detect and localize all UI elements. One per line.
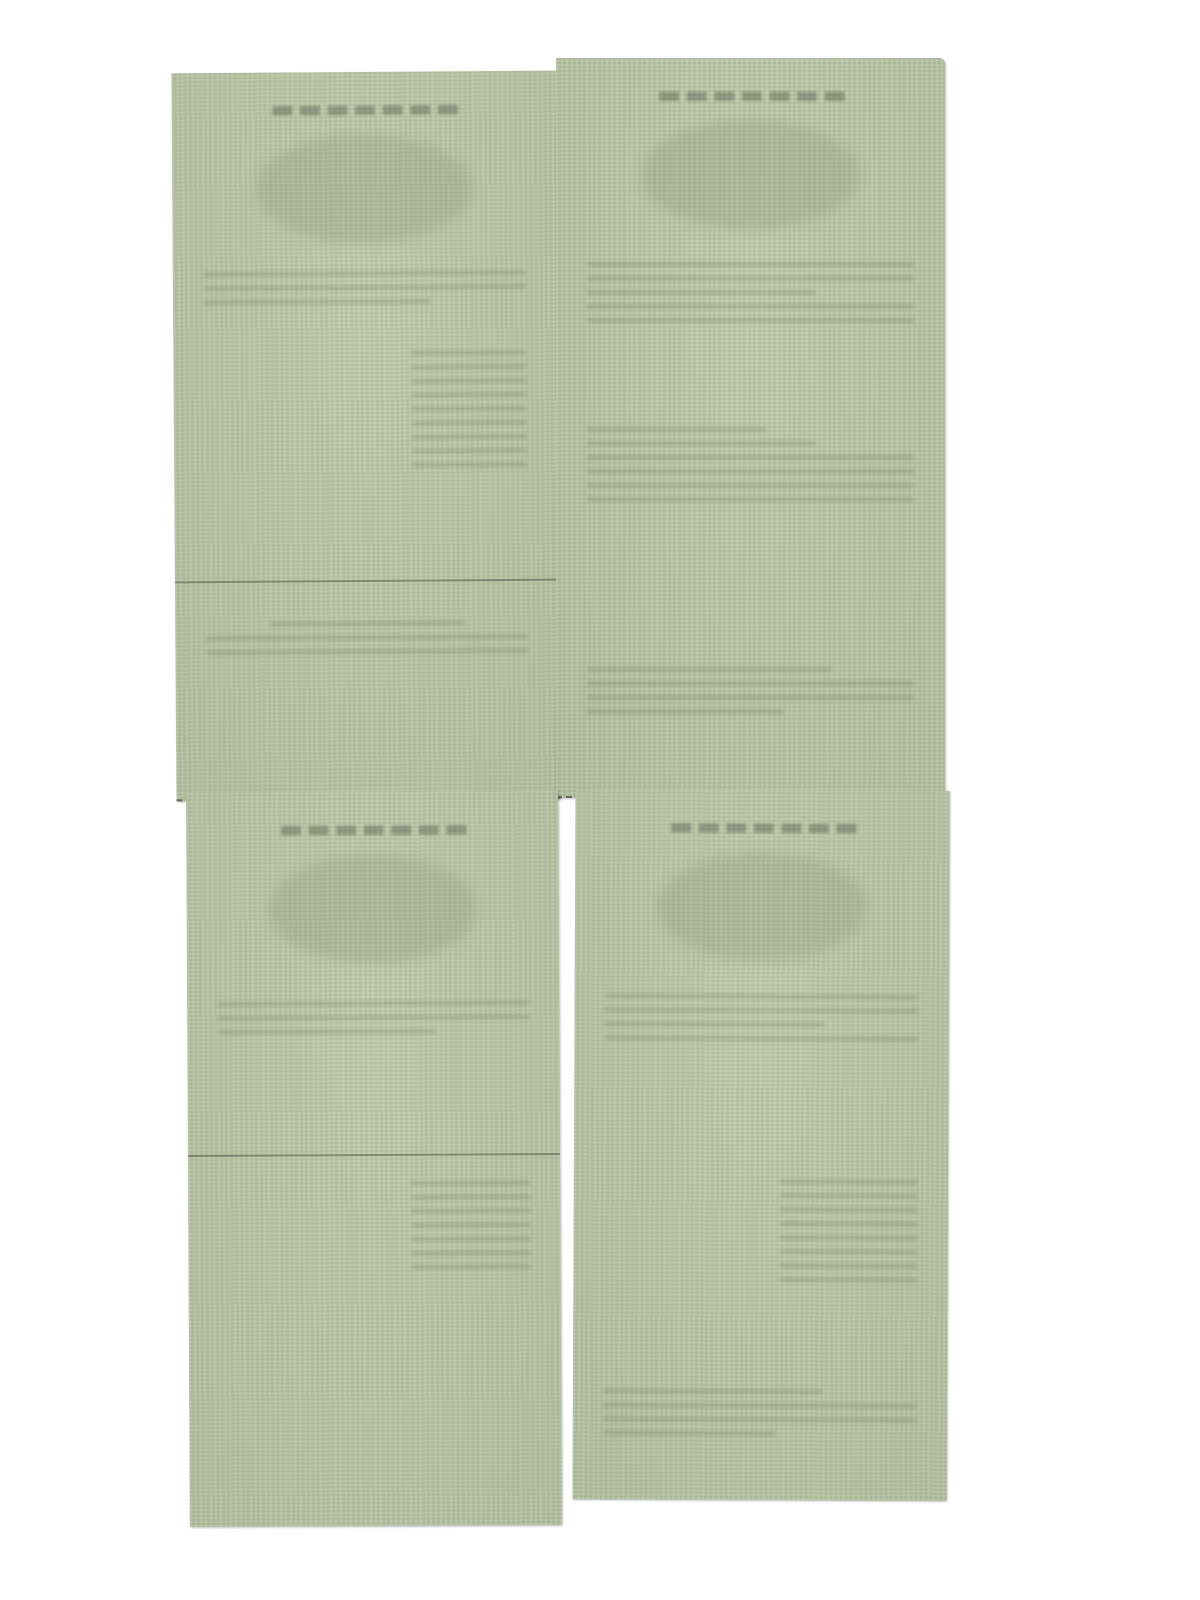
mirrored-text-column xyxy=(779,1170,918,1292)
mirrored-text-block xyxy=(587,418,914,511)
mirrored-text-block xyxy=(206,611,529,664)
mirrored-text-block xyxy=(587,253,914,332)
mirrored-text-block xyxy=(204,261,527,314)
mirrored-title: ▬▬▬▬▬▬▬ xyxy=(575,811,949,843)
mirrored-emblem xyxy=(256,133,472,244)
mirrored-text-block xyxy=(603,1379,917,1445)
mirrored-title: ▬▬▬▬▬▬▬ xyxy=(172,93,556,126)
document-sheet-bottom-left: ▬▬▬▬▬▬▬ xyxy=(186,791,562,1527)
mirrored-title: ▬▬▬▬▬▬▬ xyxy=(556,80,945,110)
document-sheet-bottom-right: ▬▬▬▬▬▬▬ xyxy=(572,789,949,1501)
mirrored-text-block xyxy=(587,658,914,723)
fold-line xyxy=(175,579,559,584)
mirrored-emblem xyxy=(642,120,860,230)
mirrored-emblem xyxy=(657,852,867,963)
document-sheet-top-right: ▬▬▬▬▬▬▬ xyxy=(556,58,945,798)
mirrored-text-column xyxy=(411,1171,531,1279)
mirrored-text-block xyxy=(217,991,530,1044)
fold-line xyxy=(188,1153,560,1157)
mirrored-text-column xyxy=(411,341,527,477)
mirrored-emblem xyxy=(268,853,477,964)
document-sheet-top-left: ▬▬▬▬▬▬▬ xyxy=(171,71,560,802)
mirrored-text-block xyxy=(604,984,918,1050)
mirrored-title: ▬▬▬▬▬▬▬ xyxy=(186,813,558,845)
